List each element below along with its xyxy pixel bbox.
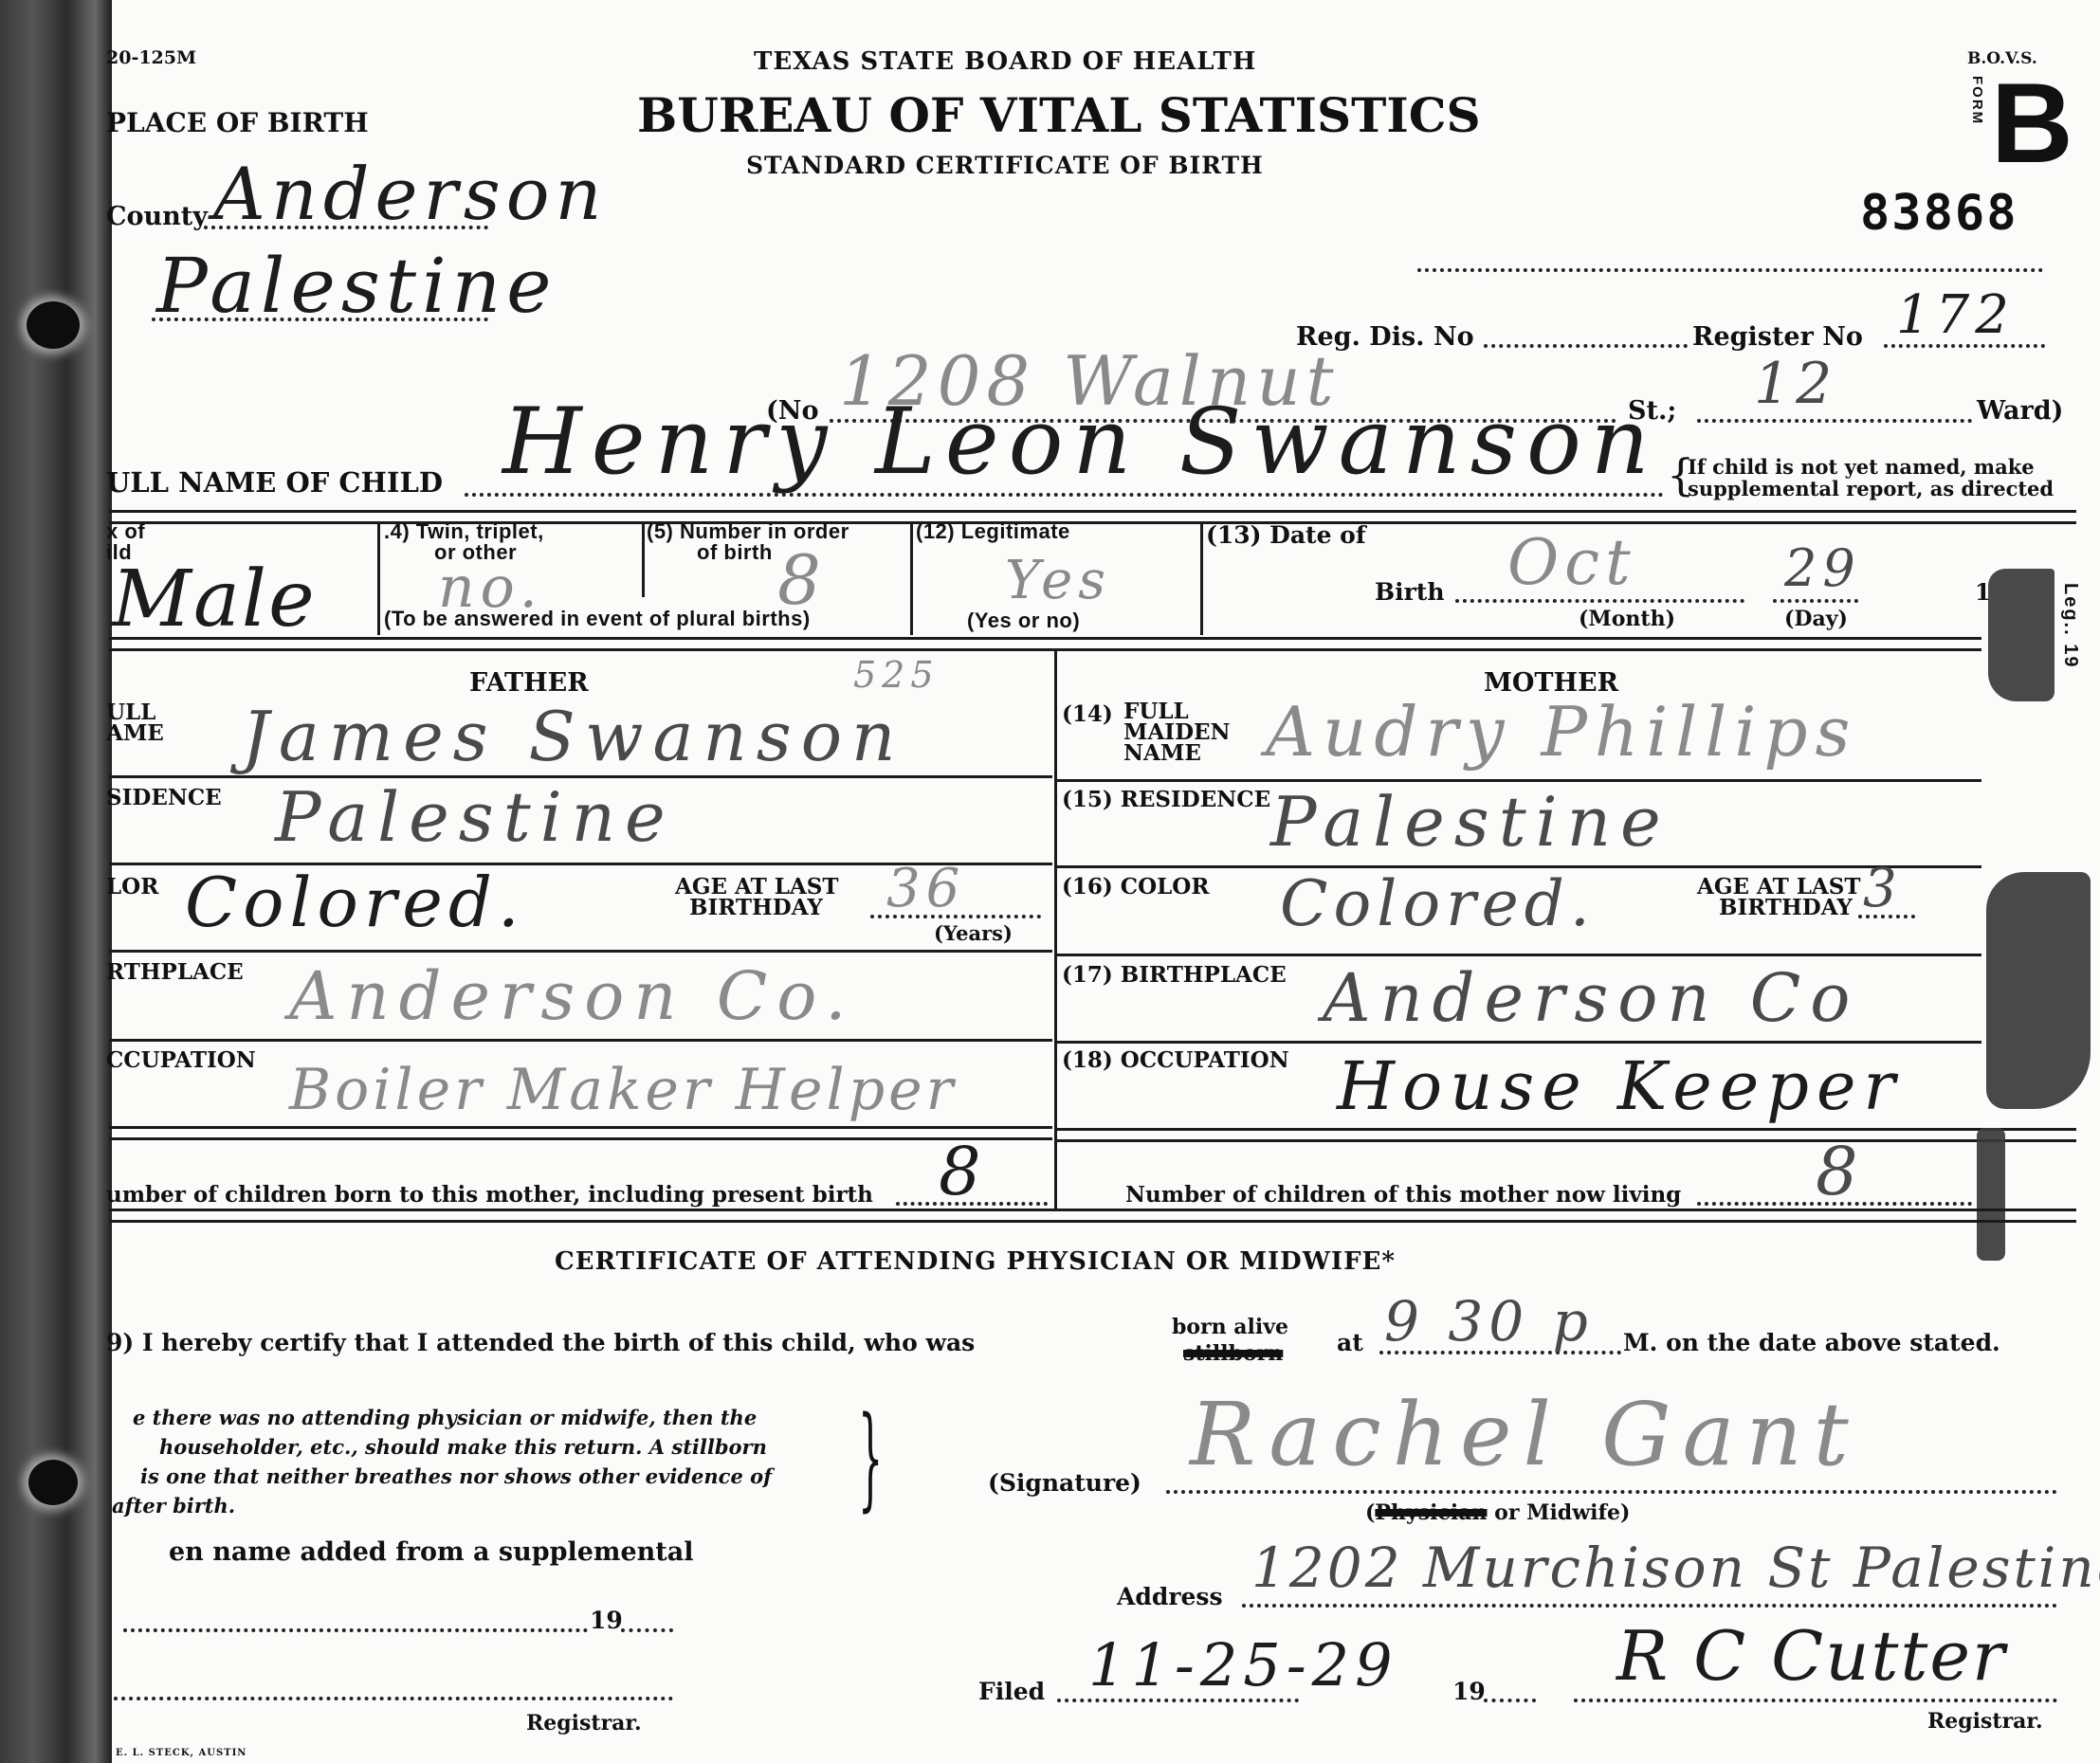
mother-residence-label: (15) RESIDENCE: [1062, 787, 1270, 812]
mother-occupation-label: (18) OCCUPATION: [1062, 1047, 1289, 1073]
legitimate-label: (12) Legitimate: [916, 519, 1070, 544]
punch-hole-top: [27, 301, 80, 349]
address-line: [1242, 1604, 2057, 1608]
mother-row-line-3: [1057, 954, 1981, 956]
address-value: 1202 Murchison St Palestine: [1251, 1536, 2100, 1600]
father-birthplace-value: Anderson Co.: [289, 957, 855, 1035]
place-of-birth-label: PLACE OF BIRTH: [106, 107, 369, 138]
registrar-signature: R C Cutter: [1616, 1616, 2006, 1696]
day-caption: (Day): [1784, 607, 1848, 631]
father-residence-label: SIDENCE: [106, 785, 222, 810]
printer-credit: E. L. STECK, AUSTIN: [116, 1748, 247, 1758]
child-name-value: Henry Leon Swanson: [502, 389, 1659, 495]
signature-label: (Signature): [988, 1469, 1141, 1497]
order-value: 8: [777, 540, 827, 620]
birth-month-value: Oct: [1507, 526, 1636, 599]
father-row-line-3: [109, 950, 1052, 953]
stain-damage: [1988, 569, 2054, 701]
agency-title: TEXAS STATE BOARD OF HEALTH: [754, 47, 1256, 76]
not-named-note-2: supplemental report, as directed: [1688, 477, 2054, 500]
legitimate-value: Yes: [1005, 550, 1111, 611]
col-divider-1: [377, 523, 380, 635]
filed-label: Filed: [978, 1678, 1045, 1705]
register-value: 172: [1896, 284, 2015, 346]
ward-label: Ward): [1977, 396, 2063, 426]
note-brace-icon: }: [858, 1401, 883, 1513]
mother-name-label-3: NAME: [1123, 743, 1201, 764]
col-divider-2: [642, 523, 645, 597]
supplemental-date-line: [123, 1628, 588, 1632]
father-age-label-2: BIRTHDAY: [689, 895, 823, 920]
father-color-value: Colored.: [185, 863, 525, 942]
father-occupation-label: CCUPATION: [106, 1047, 256, 1073]
children-living-label: Number of children of this mother now li…: [1125, 1182, 1681, 1208]
register-label: Register No: [1692, 322, 1863, 352]
plural-births-note: (To be answered in event of plural birth…: [384, 607, 811, 631]
mother-residence-value: Palestine: [1270, 782, 1671, 862]
punch-hole-bottom: [28, 1460, 78, 1505]
role-open: (: [1365, 1500, 1375, 1525]
father-name-label-2: AME: [106, 720, 164, 746]
birth-day-value: 29: [1784, 538, 1861, 598]
registrar-left-line: [114, 1697, 673, 1700]
month-line: [1455, 599, 1744, 603]
mother-occupation-value: House Keeper: [1337, 1047, 1903, 1125]
divider-date: [109, 637, 1981, 651]
father-name-value: James Swanson: [242, 697, 904, 776]
tear-damage: [1977, 1128, 2005, 1261]
father-residence-value: Palestine: [275, 777, 675, 857]
role-physician-struck: Physician: [1375, 1500, 1487, 1525]
father-row-line-4: [109, 1039, 1052, 1042]
filed-year-label: 19: [1452, 1678, 1486, 1705]
father-occupation-value: Boiler Maker Helper: [289, 1057, 957, 1123]
form-code: 20-125M: [106, 47, 196, 68]
supplemental-year-line: [621, 1628, 673, 1632]
mother-row-line-4: [1057, 1041, 1981, 1044]
time-suffix: M. on the date above stated.: [1623, 1329, 2000, 1356]
father-birthplace-label: RTHPLACE: [106, 959, 244, 985]
certificate-number: 83868: [1860, 185, 2018, 242]
mother-birthplace-label: (17) BIRTHPLACE: [1062, 962, 1287, 988]
mother-age-label-2: BIRTHDAY: [1719, 895, 1853, 920]
father-stamp-number: 525: [853, 654, 940, 696]
mother-name-label-num: (14): [1062, 701, 1113, 727]
ward-line: [1697, 419, 1972, 423]
note-line-2: householder, etc., should make this retu…: [159, 1432, 767, 1462]
month-caption: (Month): [1579, 607, 1675, 631]
birth-time-value: 9 30 p: [1384, 1289, 1594, 1354]
mother-age-value: 3: [1863, 858, 1903, 919]
certificate-title: STANDARD CERTIFICATE OF BIRTH: [746, 152, 1264, 179]
role-caption: (Physician or Midwife): [1365, 1500, 1630, 1525]
father-row-line-5: [109, 1126, 1052, 1140]
registrar-right-label: Registrar.: [1927, 1709, 2043, 1734]
children-divider: [1054, 1137, 1057, 1206]
certify-statement: 9) I hereby certify that I attended the …: [106, 1329, 975, 1356]
stain-damage-2: [1986, 872, 2091, 1109]
reg-dis-line: [1484, 344, 1688, 348]
ward-value: 12: [1754, 351, 1837, 417]
role-midwife: or Midwife): [1494, 1500, 1630, 1525]
father-heading: FATHER: [469, 668, 589, 698]
father-color-label: LOR: [106, 874, 158, 900]
col-divider-4: [1200, 523, 1203, 635]
children-born-value: 8: [939, 1133, 987, 1210]
registrar-right-line: [1574, 1699, 2057, 1702]
col-divider-3: [910, 523, 913, 635]
father-age-value: 36: [886, 858, 965, 919]
form-letter: B: [1991, 66, 2073, 180]
registrar-left-label: Registrar.: [526, 1711, 642, 1736]
supplemental-year: 19: [590, 1607, 623, 1634]
margin-note: Leg.. 19: [2059, 583, 2081, 668]
county-label: County: [106, 202, 208, 231]
born-alive-option: born alive: [1172, 1315, 1288, 1339]
filed-date-value: 11-25-29: [1088, 1630, 1398, 1699]
child-name-label: ULL NAME OF CHILD: [106, 466, 443, 499]
form-vertical-label: FORM: [1969, 76, 1985, 125]
bureau-title: BUREAU OF VITAL STATISTICS: [637, 87, 1481, 143]
signature-value: Rachel Gant: [1190, 1384, 1860, 1485]
parents-divider: [1054, 649, 1057, 1209]
certificate-heading: CERTIFICATE OF ATTENDING PHYSICIAN OR MI…: [555, 1247, 1396, 1276]
filed-year-line: [1484, 1699, 1536, 1702]
at-label: at: [1337, 1329, 1363, 1356]
supplemental-label: en name added from a supplemental: [169, 1537, 694, 1567]
children-born-label: umber of children born to this mother, i…: [106, 1182, 873, 1208]
not-named-note-1: If child is not yet named, make: [1688, 455, 2035, 479]
mother-row-line-5: [1057, 1128, 2076, 1142]
yes-no-note: (Yes or no): [967, 609, 1080, 633]
note-line-1: e there was no attending physician or mi…: [133, 1403, 757, 1432]
county-value: Anderson: [213, 152, 608, 236]
mother-name-value: Audry Phillips: [1266, 692, 1857, 772]
city-value: Palestine: [156, 242, 557, 330]
order-label-2: of birth: [697, 540, 773, 565]
top-right-line: [1417, 268, 2043, 272]
note-line-3: is one that neither breathes nor shows o…: [140, 1462, 772, 1491]
divider-children: [109, 1209, 2076, 1223]
date-label-2: Birth: [1375, 578, 1445, 606]
sex-value: Male: [112, 554, 317, 645]
stillborn-option-struck: stillborn: [1183, 1341, 1283, 1366]
children-living-value: 8: [1816, 1133, 1864, 1210]
day-line: [1773, 599, 1858, 603]
signature-line: [1166, 1490, 2057, 1494]
father-age-caption: (Years): [934, 921, 1013, 945]
mother-color-label: (16) COLOR: [1062, 874, 1209, 900]
note-line-4: after birth.: [112, 1491, 235, 1520]
mother-birthplace-value: Anderson Co: [1323, 959, 1859, 1037]
address-label: Address: [1117, 1583, 1223, 1610]
mother-color-value: Colored.: [1280, 867, 1596, 940]
date-label-1: (13) Date of: [1206, 521, 1366, 549]
